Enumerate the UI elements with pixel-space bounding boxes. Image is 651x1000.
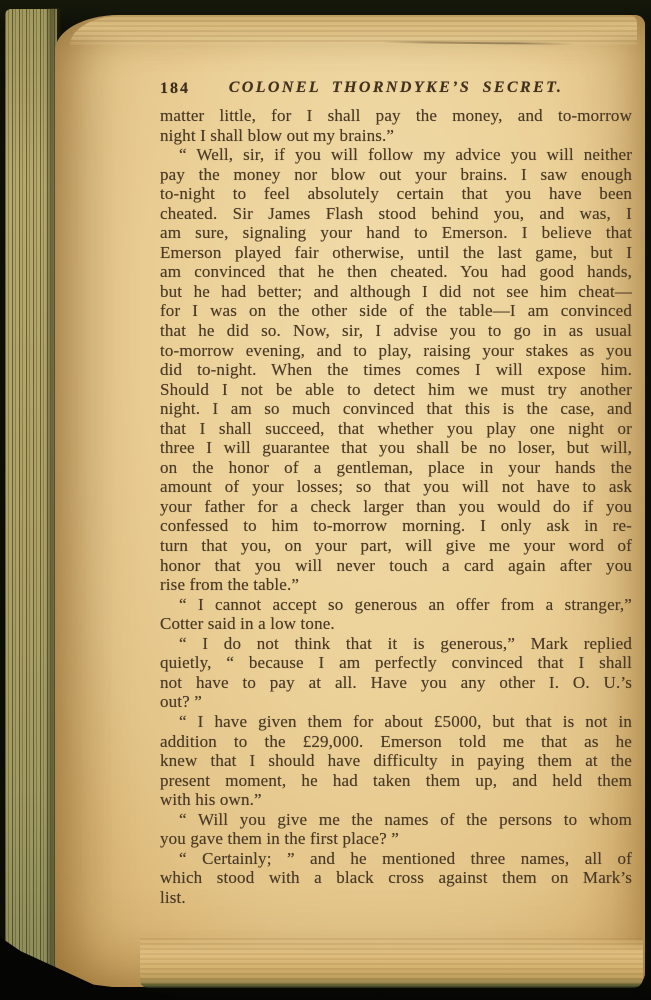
text-line: am sure, signaling your hand to Emerson.… (160, 223, 632, 243)
text-line: cheated. Sir James Flash stood behind yo… (160, 204, 632, 224)
text-line: “ Will you give me the names of the pers… (160, 810, 632, 830)
text-line: honor that you will never touch a card a… (160, 556, 632, 576)
text-line: list. (160, 888, 632, 908)
running-head: 184 COLONEL THORNDYKE’S SECRET. (160, 79, 632, 101)
text-line: that he did so. Now, sir, I advise you t… (160, 321, 632, 341)
text-line: three I will guarantee that you shall be… (160, 438, 632, 458)
printed-content: 184 COLONEL THORNDYKE’S SECRET. matter l… (160, 15, 632, 975)
text-line: “ I do not think that it is generous,” M… (160, 634, 632, 654)
text-line: rise from the table.” (160, 575, 632, 595)
scanned-book-photo: 184 COLONEL THORNDYKE’S SECRET. matter l… (0, 0, 651, 1000)
text-line: night I shall blow out my brains.” (160, 126, 632, 146)
text-line: not have to pay at all. Have you any oth… (160, 673, 632, 693)
text-line: addition to the £29,000. Emerson told me… (160, 732, 632, 752)
text-line: “ Certainly; ” and he mentioned three na… (160, 849, 632, 869)
text-line: your father for a check larger than you … (160, 497, 632, 517)
text-line: you gave them in the first place? ” (160, 829, 632, 849)
text-line: for I was on the other side of the table… (160, 301, 632, 321)
text-line: out? ” (160, 692, 632, 712)
text-line: but he had better; and although I did no… (160, 282, 632, 302)
text-line: with his own.” (160, 790, 632, 810)
text-line: to-morrow evening, and to play, raising … (160, 341, 632, 361)
text-line: matter little, for I shall pay the money… (160, 106, 632, 126)
running-title: COLONEL THORNDYKE’S SECRET. (160, 79, 632, 97)
text-line: which stood with a black cross against t… (160, 868, 632, 888)
text-line: quietly, “ because I am perfectly convin… (160, 653, 632, 673)
text-line: Should I not be able to detect him we mu… (160, 380, 632, 400)
text-line: pay the money nor blow out your brains. … (160, 165, 632, 185)
text-line: that I shall succeed, that whether you p… (160, 419, 632, 439)
text-line: knew that I should have difficulty in pa… (160, 751, 632, 771)
text-line: night. I am so much convinced that this … (160, 399, 632, 419)
text-line: on the honor of a gentleman, place in yo… (160, 458, 632, 478)
text-line: Emerson played fair otherwise, until the… (160, 243, 632, 263)
text-line: “ I cannot accept so generous an offer f… (160, 595, 632, 615)
text-block: matter little, for I shall pay the money… (160, 106, 632, 907)
text-line: to-night to feel absolutely certain that… (160, 184, 632, 204)
text-line: “ Well, sir, if you will follow my advic… (160, 145, 632, 165)
text-line: amount of your losses; so that you will … (160, 477, 632, 497)
text-line: did to-night. When the times comes I wil… (160, 360, 632, 380)
text-line: turn that you, on your part, will give m… (160, 536, 632, 556)
text-line: “ I have given them for about £5000, but… (160, 712, 632, 732)
page-number: 184 (160, 80, 190, 98)
text-line: present moment, he had taken them up, an… (160, 771, 632, 791)
text-line: am convinced that he then cheated. You h… (160, 262, 632, 282)
text-line: Cotter said in a low tone. (160, 614, 632, 634)
text-line: confessed to him to-morrow morning. I on… (160, 516, 632, 536)
